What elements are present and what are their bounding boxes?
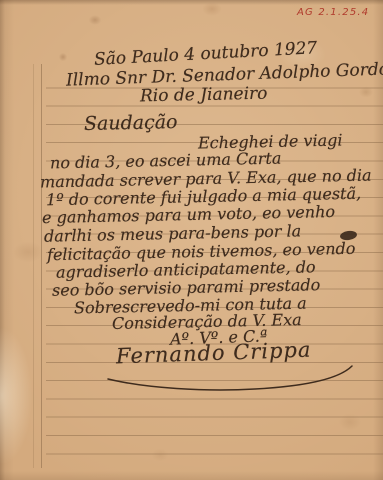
- signature: Fernando Crippa: [116, 338, 312, 369]
- salutation-line: Saudação: [84, 111, 178, 135]
- margin-line-outer: [33, 64, 34, 468]
- archive-code: AG 2.1.25.4: [297, 7, 369, 18]
- recipient-city-line: Rio de Jianeiro: [140, 84, 268, 107]
- margin-line: [41, 64, 42, 468]
- letter-page: AG 2.1.25.4 São Paulo 4 outubro 1927 Ill…: [0, 0, 383, 480]
- signature-flourish: [105, 364, 355, 392]
